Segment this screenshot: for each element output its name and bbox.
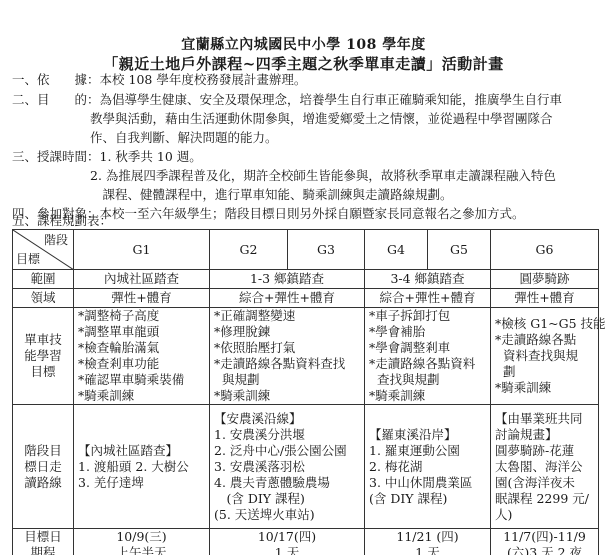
skill-item: *學會補胎: [369, 324, 486, 340]
route-item: 【羅東溪沿岸】: [369, 427, 486, 443]
table-row-routes: 階段目 標日走 讀路線 【內城社區踏查】 1. 渡船頭 2. 大樹公 3. 羌仔…: [13, 405, 599, 529]
corner-goal-label: 目標: [16, 251, 40, 267]
section-text: 1. 秋季共 10 週。: [100, 149, 202, 164]
section-plan-table-heading: 五、課程規劃表：: [12, 212, 112, 230]
row-label-domain: 領域: [13, 289, 74, 308]
domain-g2-g3: 綜合+彈性+體育: [210, 289, 365, 308]
route-item: 4. 農夫青蔥體驗農場: [214, 475, 360, 491]
routes-g1: 【內城社區踏查】 1. 渡船頭 2. 大樹公 3. 羌仔達埤: [74, 405, 210, 529]
routes-g4-g5: 【羅東溪沿岸】 1. 羅東運動公園 2. 梅花湖 3. 中山休閒農業區 (含 D…: [365, 405, 491, 529]
row-label-scope: 範圍: [13, 270, 74, 289]
label-line: 讀路線: [17, 475, 69, 491]
scope-g2-g3: 1-3 鄉鎮踏查: [210, 270, 365, 289]
skill-item: *正確調整變速: [214, 308, 360, 324]
table-row-domain: 領域 彈性+體育 綜合+彈性+體育 綜合+彈性+體育 彈性+體育: [13, 289, 599, 308]
dates-g1: 10/9(三) 上午半天: [74, 529, 210, 555]
label-line: 單車技: [17, 332, 69, 348]
duration-line: 上午半天: [78, 545, 205, 555]
duration-line: 1 天: [369, 545, 486, 555]
routes-g6: 【由畢業班共同 討論規畫】 圓夢騎跡-花蓮 太魯閣、海洋公 園(含海洋夜未 眠課…: [491, 405, 599, 529]
label-line: 階段目: [17, 443, 69, 459]
course-plan-table: 階段 目標 G1 G2 G3 G4 G5 G6 範圍 內城社區踏查 1-3 鄉鎮…: [12, 229, 599, 555]
skills-g2-g3: *正確調整變速 *修理脫鍊 *依照胎壓打氣 *走讀路線各點資料查找 與規劃 *騎…: [210, 308, 365, 405]
row-label-dates: 目標日 期程: [13, 529, 74, 555]
skill-item: *檢查輪胎滿氣: [78, 340, 205, 356]
table-row-skills: 單車技 能學習 目標 *調整椅子高度 *調整單車龍頭 *檢查輪胎滿氣 *檢查剎車…: [13, 308, 599, 405]
route-item: 3. 羌仔達埤: [78, 475, 205, 491]
label-line: 目標日: [17, 529, 69, 545]
corner-header-cell: 階段 目標: [13, 230, 74, 270]
skills-g4-g5: *車子拆卸打包 *學會補胎 *學會調整剎車 *走讀路線各點資料 查找與規劃 *騎…: [365, 308, 491, 405]
skill-item: *檢核 G1~G5 技能: [495, 316, 594, 332]
skill-item: *走讀路線各點: [495, 332, 594, 348]
skill-item: 資料查找與規: [495, 348, 594, 364]
route-item: 【安農溪沿線】: [214, 411, 360, 427]
skill-item: *騎乘訓練: [214, 388, 360, 404]
dates-g2-g3: 10/17(四) 1 天: [210, 529, 365, 555]
skill-item: *車子拆卸打包: [369, 308, 486, 324]
skill-item: *調整椅子高度: [78, 308, 205, 324]
date-line: 10/9(三): [78, 529, 205, 545]
route-item: 1. 安農溪分洪堰: [214, 427, 360, 443]
section-schedule: 三、授課時間：1. 秋季共 10 週。: [12, 148, 202, 166]
grade-header-g5: G5: [428, 230, 491, 270]
route-item: 眠課程 2299 元/: [495, 491, 594, 507]
grade-header-g4: G4: [365, 230, 428, 270]
route-item: 人): [495, 507, 594, 523]
grade-header-g1: G1: [74, 230, 210, 270]
skills-g6: *檢核 G1~G5 技能 *走讀路線各點 資料查找與規 劃 *騎乘訓練: [491, 308, 599, 405]
route-item: 1. 羅東運動公園: [369, 443, 486, 459]
section-label: 一、依 據：: [12, 71, 100, 89]
label-line: 標日走: [17, 459, 69, 475]
route-item: (含 DIY 課程): [214, 491, 360, 507]
domain-g6: 彈性+體育: [491, 289, 599, 308]
domain-g1: 彈性+體育: [74, 289, 210, 308]
dates-g4-g5: 11/21 (四) 1 天: [365, 529, 491, 555]
grade-header-g2: G2: [210, 230, 288, 270]
table-header-row: 階段 目標 G1 G2 G3 G4 G5 G6: [13, 230, 599, 270]
grade-header-g3: G3: [288, 230, 365, 270]
document-title: 宜蘭縣立內城國民中小學 108 學年度: [0, 34, 607, 54]
dates-g6: 11/7(四)-11/9 (六)3 天 2 夜: [491, 529, 599, 555]
skill-item: 與規劃: [214, 372, 360, 388]
route-item: 3. 中山休閒農業區: [369, 475, 486, 491]
routes-g2-g3: 【安農溪沿線】 1. 安農溪分洪堰 2. 泛舟中心/張公園公園 3. 安農溪落羽…: [210, 405, 365, 529]
label-line: 能學習: [17, 348, 69, 364]
section-text: 教學與活動，藉由生活運動休閒參與，增進愛鄉愛土之情懷，並從過程中學習團隊合: [90, 110, 553, 128]
skill-item: *騎乘訓練: [369, 388, 486, 404]
route-item: (含 DIY 課程): [369, 491, 486, 507]
table-row-scope: 範圍 內城社區踏查 1-3 鄉鎮踏查 3-4 鄉鎮踏查 圓夢騎跡: [13, 270, 599, 289]
section-text: 作、自我判斷、解決問題的能力。: [90, 129, 278, 147]
skill-item: *修理脫鍊: [214, 324, 360, 340]
route-item: 太魯閣、海洋公: [495, 459, 594, 475]
scope-g1: 內城社區踏查: [74, 270, 210, 289]
row-label-skills: 單車技 能學習 目標: [13, 308, 74, 405]
skill-item: *走讀路線各點資料: [369, 356, 486, 372]
skills-g1: *調整椅子高度 *調整單車龍頭 *檢查輪胎滿氣 *檢查剎車功能 *確認單車騎乘裝…: [74, 308, 210, 405]
skill-item: *騎乘訓練: [495, 380, 594, 396]
skill-item: *檢查剎車功能: [78, 356, 205, 372]
route-item: 圓夢騎跡-花蓮: [495, 443, 594, 459]
route-item: 討論規畫】: [495, 427, 594, 443]
scope-g4-g5: 3-4 鄉鎮踏查: [365, 270, 491, 289]
skill-item: *調整單車龍頭: [78, 324, 205, 340]
route-item: (5. 天送埤火車站): [214, 507, 360, 523]
date-line: 11/7(四)-11/9: [495, 529, 594, 545]
skill-item: *學會調整剎車: [369, 340, 486, 356]
domain-g4-g5: 綜合+彈性+體育: [365, 289, 491, 308]
section-text: 課程、健體課程中，進行單車知能、騎乘訓練與走讀路線規劃。: [90, 186, 453, 204]
section-text: 本校 108 學年度校務發展計畫辦理。: [100, 72, 307, 87]
section-text: 為倡導學生健康、安全及環保理念，培養學生自行車正確騎乘知能，推廣學生自行車: [100, 92, 563, 107]
table-row-dates: 目標日 期程 10/9(三) 上午半天 10/17(四) 1 天 11/21 (…: [13, 529, 599, 555]
skill-item: 查找與規劃: [369, 372, 486, 388]
route-item: 【內城社區踏查】: [78, 443, 205, 459]
skill-item: *走讀路線各點資料查找: [214, 356, 360, 372]
skill-item: *確認單車騎乘裝備: [78, 372, 205, 388]
row-label-routes: 階段目 標日走 讀路線: [13, 405, 74, 529]
section-label: 五、課程規劃表：: [12, 212, 112, 230]
skill-item: 劃: [495, 364, 594, 380]
section-label: 二、目 的：: [12, 91, 100, 109]
scope-g6: 圓夢騎跡: [491, 270, 599, 289]
route-item: 【由畢業班共同: [495, 411, 594, 427]
section-basis: 一、依 據：本校 108 學年度校務發展計畫辦理。: [12, 71, 306, 89]
date-line: 10/17(四): [214, 529, 360, 545]
route-item: 2. 梅花湖: [369, 459, 486, 475]
route-item: 1. 渡船頭 2. 大樹公: [78, 459, 205, 475]
route-item: 3. 安農溪落羽松: [214, 459, 360, 475]
skill-item: *依照胎壓打氣: [214, 340, 360, 356]
section-purpose: 二、目 的：為倡導學生健康、安全及環保理念，培養學生自行車正確騎乘知能，推廣學生…: [12, 91, 562, 109]
label-line: 期程: [17, 545, 69, 555]
corner-stage-label: 階段: [44, 232, 68, 248]
label-line: 目標: [17, 364, 69, 380]
route-item: 園(含海洋夜未: [495, 475, 594, 491]
date-line: 11/21 (四): [369, 529, 486, 545]
route-item: 2. 泛舟中心/張公園公園: [214, 443, 360, 459]
duration-line: 1 天: [214, 545, 360, 555]
skill-item: *騎乘訓練: [78, 388, 205, 404]
grade-header-g6: G6: [491, 230, 599, 270]
section-label: 三、授課時間：: [12, 148, 100, 166]
section-text: 2. 為推展四季課程普及化，期許全校師生皆能參與，故將秋季單車走讀課程融入特色: [90, 167, 556, 185]
section-text: 本校一至六年級學生；階段目標日則另外採自願暨家長同意報名之參加方式。: [100, 206, 525, 221]
duration-line: (六)3 天 2 夜: [495, 545, 594, 555]
